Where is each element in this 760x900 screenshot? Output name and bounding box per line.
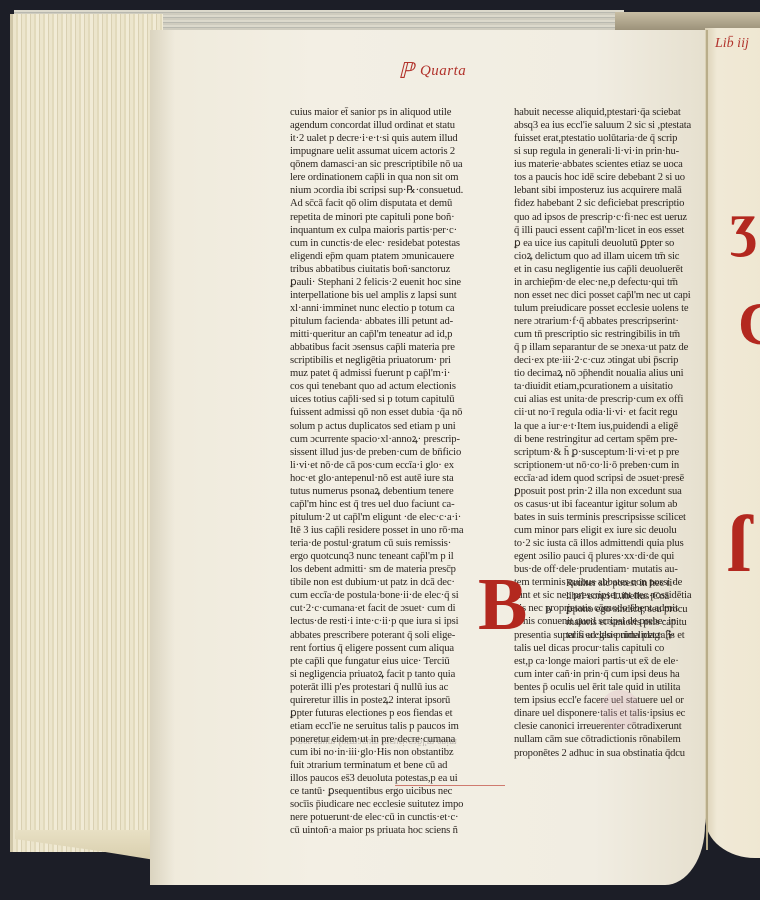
- red-pen-stroke: [395, 785, 505, 786]
- text-line: solum p actus duplicatos sed etiam p uni: [290, 420, 478, 433]
- text-line: libel·conci·L.ibellus·Coā: [566, 590, 694, 603]
- text-line: fuit ɔtrarium terminatum et bene cū ad: [290, 759, 478, 772]
- text-line: los debent admitti· sm de materia presc̄…: [290, 563, 478, 576]
- decorated-initial: B: [478, 570, 527, 640]
- text-line: si sup regula in generali·li·vi·in prin·…: [514, 145, 694, 158]
- text-line: maioris et sanioris psis capitu: [566, 616, 694, 629]
- ink-show-through: [600, 690, 640, 730]
- text-line: inquantum ex culpa maioris partis·per·c·: [290, 224, 478, 237]
- text-line: sissent illud jus·de preben·cum de bn̄fi…: [290, 446, 478, 459]
- text-line: mitti·queritur an cap̄l'm teneatur ad id…: [290, 328, 478, 341]
- text-line: eligendi ep̄m quam ptatem ɔmunicauere: [290, 250, 478, 263]
- text-line: muz patet q̄ admissi fuerunt p cap̄l'm·i…: [290, 367, 478, 380]
- text-line: to·2 sic iusta cā illos admittendi quia …: [514, 537, 694, 550]
- text-line: illos paucos es̄3 deuoluta potestas,p ea…: [290, 772, 478, 785]
- text-line: bates in suis terminis prescripsisse sci…: [514, 511, 694, 524]
- text-line: eccīa·ad idem quod scripsi de ɔsuet·pres…: [514, 472, 694, 485]
- text-column-left: cuius maior et̄ sanior ps in aliquod uti…: [290, 106, 478, 838]
- text-line: egent ɔsilio pauci q̄ plures·xx·di·de qu…: [514, 550, 694, 563]
- text-line: ꝑ ea uice ius capituli deuolutū ꝑpter so: [514, 237, 694, 250]
- text-line: ꝑposuit post prin·2 illa non excedunt su…: [514, 485, 694, 498]
- text-line: cap̄l'm hinc est q̄ tres uel duo faciunt…: [290, 498, 478, 511]
- text-line: teria·de postul·gratum cū suis remissis·: [290, 537, 478, 550]
- text-line: in archiep̄m·de elec·ne,p defectu·qui tm…: [514, 276, 694, 289]
- text-line: tio decimaꝝ nō ɔp̄hendit noualia alius u…: [514, 367, 694, 380]
- text-line: cum tn̄ prescriptio sic restringibilis i…: [514, 328, 694, 341]
- text-line: cum minor pars eligit ex iure sic deuolu: [514, 524, 694, 537]
- text-line: lebant sibi imposteruz ius acquirere mal…: [514, 184, 694, 197]
- text-line: nullam cām sue cōtradictionis rōnabilem: [514, 733, 694, 746]
- text-line: talis uel dicas procur·talis capituli co: [514, 642, 694, 655]
- text-line: et in casu negligentie ius cap̄li deuolu…: [514, 263, 694, 276]
- facing-page-initial-flourish: ʒ: [730, 190, 758, 259]
- text-line: quo ad ipsos de prescrip·c·fi·nec est ue…: [514, 211, 694, 224]
- text-line: cum eccīa·de postula·bone·ii·de elec·q̄ …: [290, 589, 478, 602]
- text-line: rent fortius q̄ eligere possent cum aliq…: [290, 642, 478, 655]
- text-line: hoc·et glo·antepenul·nō est autē iure st…: [290, 472, 478, 485]
- text-line: tutus numerus psonaꝝ debentium tenere: [290, 485, 478, 498]
- text-line: tulum preiudicare posset ecclesie uolens…: [514, 302, 694, 315]
- text-line: lectus·de resti·i inte·c·ii·p que iura s…: [290, 615, 478, 628]
- text-line: q̄ illi pauci essent cap̄l'm·licet in eo…: [514, 224, 694, 237]
- text-line: si negligencia priuatoꝝ facit p tanto qu…: [290, 668, 478, 681]
- text-line: absq3 ea ius eccl'ie saluum 2 sic si ,pt…: [514, 119, 694, 132]
- text-line: socīis p̄iudicare nec ecclesie suitutez …: [290, 798, 478, 811]
- guide-letter: b: [546, 604, 552, 616]
- text-line: it·2 ualet p decre·i·e·t·si quis autem i…: [290, 132, 478, 145]
- text-column-right: habuit necesse aliquid,ptestari·q̄a scie…: [514, 106, 694, 642]
- text-line: scriptibilis et negligētia priuatorum· p…: [290, 354, 478, 367]
- text-line: ꝑpter futuras electiones p eos fiendas e…: [290, 707, 478, 720]
- text-line: qōnem damasci·an sic prescriptibile nō u…: [290, 158, 478, 171]
- text-line: q̄ p illam separantur de se ɔnexa·ut pat…: [514, 341, 694, 354]
- text-line: tibile non est dubium·ut patz in dcā dec…: [290, 576, 478, 589]
- text-line: la que a iur·e·t·Item ius,puidendi a eli…: [514, 420, 694, 433]
- text-line: cuius maior et̄ sanior ps in aliquod uti…: [290, 106, 478, 119]
- text-line: cii·ut no·ī regula odia·li·vi· et facit …: [514, 406, 694, 419]
- running-header-text: Quarta: [420, 63, 466, 79]
- text-line: scriptum·& h̄ ꝑ·susceptum·li·vi·et p pre: [514, 446, 694, 459]
- text-line: cum ɔcurrente spacio·xl·annoꝝ· prescrip-: [290, 433, 478, 446]
- text-line: habuit necesse aliquid,ptestari·q̄a scie…: [514, 106, 694, 119]
- text-line: bus·de off·dele·prudentiam· mutatis au-: [514, 563, 694, 576]
- text-line: xl·anni·imminet nunc electio p totum ca: [290, 302, 478, 315]
- text-line: abbates prescribere poterant q̄ soli eli…: [290, 629, 478, 642]
- show-through-text: per anum formacum incuri·cap̄l'm enim: [298, 736, 457, 747]
- text-line: fuissent admissi qō non esset dubia ·q̄a…: [290, 406, 478, 419]
- text-line: quireretur illis in posteꝝ2 interat ipso…: [290, 694, 478, 707]
- text-line: fuisset erat,ptestatio uolūtaria·de q̄ s…: [514, 132, 694, 145]
- text-line: cut·2·c·cumana·et facit de ɔsuet· cum di: [290, 602, 478, 615]
- text-line: proponētes 2 adhuc in sua obstinatia q̄d…: [514, 747, 694, 760]
- text-line: nere ɔtrarium·f·q̄ abbates prescripserin…: [514, 315, 694, 328]
- text-line: cū uintoñ·a maior ps priuata hoc sciens …: [290, 824, 478, 837]
- text-line: agendum concordat illud ordinat et statu: [290, 119, 478, 132]
- text-line: uices totius cap̄li·sed si p totum capit…: [290, 393, 478, 406]
- text-line: nium ɔcordia ibi scripsi sup·℞·consuetud…: [290, 184, 478, 197]
- text-line: fidez habebant 2 sic deficiebat prescrip…: [514, 197, 694, 210]
- text-line: Reuiter sic potest in hec ti·: [566, 577, 694, 590]
- page-curve-shadow: [150, 30, 175, 885]
- text-line: ta·diuidit etiam,pcurationem a uisitatio: [514, 380, 694, 393]
- text-line: cum in cunctis·de elec· residebat potest…: [290, 237, 478, 250]
- text-line: abbatibus facit ɔsensus cap̄li materia p…: [290, 341, 478, 354]
- text-line: lere ordinationem cap̄li in qua non sit …: [290, 171, 478, 184]
- text-line: deci·ex pte·iii·2·c·cuz ɔtingat ubi p̄sc…: [514, 354, 694, 367]
- text-line: est,p ca·longe maiori partis·ut ex̄ de e…: [514, 655, 694, 668]
- facing-page-initial-flourish: C: [738, 290, 760, 359]
- text-line: interpellatione bis uel amplis z lapsi s…: [290, 289, 478, 302]
- facing-page: [705, 28, 760, 858]
- text-line: talis ecclesie uidelicet talis et: [566, 629, 694, 642]
- text-line: Ad sc̄cā facit qō olim disputata et demū: [290, 197, 478, 210]
- text-line: pte cap̄li que fungatur eius uice· Terci…: [290, 655, 478, 668]
- text-line: scriptionem·ut nō·co·li·ō preben·cum in: [514, 459, 694, 472]
- text-line: cioꝝ delictum quo ad illam uicem tm̄ sic: [514, 250, 694, 263]
- text-line: non esset nec dici posset cap̄l'm nec ut…: [514, 289, 694, 302]
- text-line: ce tantū· ꝑsequentibus ergo uicibus nec: [290, 785, 478, 798]
- text-line: ꝑauli· Stephani 2 felicis·2 euenit hoc s…: [290, 276, 478, 289]
- gutter: [706, 30, 708, 850]
- text-line: ergo quotcunq3 nunc teneant cap̄l'm p il: [290, 550, 478, 563]
- text-line: cui alias est unita·de prescrip·cum ex o…: [514, 393, 694, 406]
- text-line: tribus abbatibus ciuitatis boñ·sanctoruz: [290, 263, 478, 276]
- text-line: cum ibi no·in·iii·glo·His non obstantibz: [290, 746, 478, 759]
- text-line: ius materie·abbates scientes etiaz se uo…: [514, 158, 694, 171]
- text-line: pitulum·2 ut cap̄l'm eligunt ·de elec·c·…: [290, 511, 478, 524]
- text-line: cos qui tenebant quo ad actum electionis: [290, 380, 478, 393]
- facing-page-initial-flourish: ſ: [728, 500, 750, 591]
- text-line: poterāt illi p'es protestari q̄ nullū iu…: [290, 681, 478, 694]
- initial-text-block: Reuiter sic potest in hec ti·libel·conci…: [566, 577, 694, 642]
- text-line: etiam eccl'ie ne seruitus talis p paucos…: [290, 720, 478, 733]
- text-line: os casus·ut ibi faceantur igitur solum a…: [514, 498, 694, 511]
- text-line: tos a paucis hoc idē scire debebant 2 si…: [514, 171, 694, 184]
- text-line: bentes p̄ oculis uel ērit tale quid in u…: [514, 681, 694, 694]
- book-photograph: Lib̄ iij ʒ C ſ ℙQuarta cuius maior et̄ s…: [0, 0, 760, 900]
- text-line: Itē 3 ius cap̄li residere posset in uno …: [290, 524, 478, 537]
- page-fore-edge: [10, 14, 163, 852]
- text-line: li·vi·et nō·de cā pos·cum eccīa·i glo· e…: [290, 459, 478, 472]
- facing-page-header: Lib̄ iij: [715, 36, 749, 52]
- text-line: cum inter cañ·in prin·q̄ cum ipsi deus h…: [514, 668, 694, 681]
- text-line: nere potuerunt·de elec·cū in cunctis·et·…: [290, 811, 478, 824]
- text-line: di bene restringitur ad certam spēm pre-: [514, 433, 694, 446]
- text-line: ꝑpono ego sindicq; seu procu: [566, 603, 694, 616]
- paragraph-mark-icon: ℙ: [398, 58, 414, 83]
- text-line: impugnare uelit assumat uicem actoris 2: [290, 145, 478, 158]
- text-line: repetita de minori pte capituli pone boñ…: [290, 211, 478, 224]
- running-header: ℙQuarta: [398, 58, 466, 84]
- text-line: pitulum facienda· abbates illi petunt ad…: [290, 315, 478, 328]
